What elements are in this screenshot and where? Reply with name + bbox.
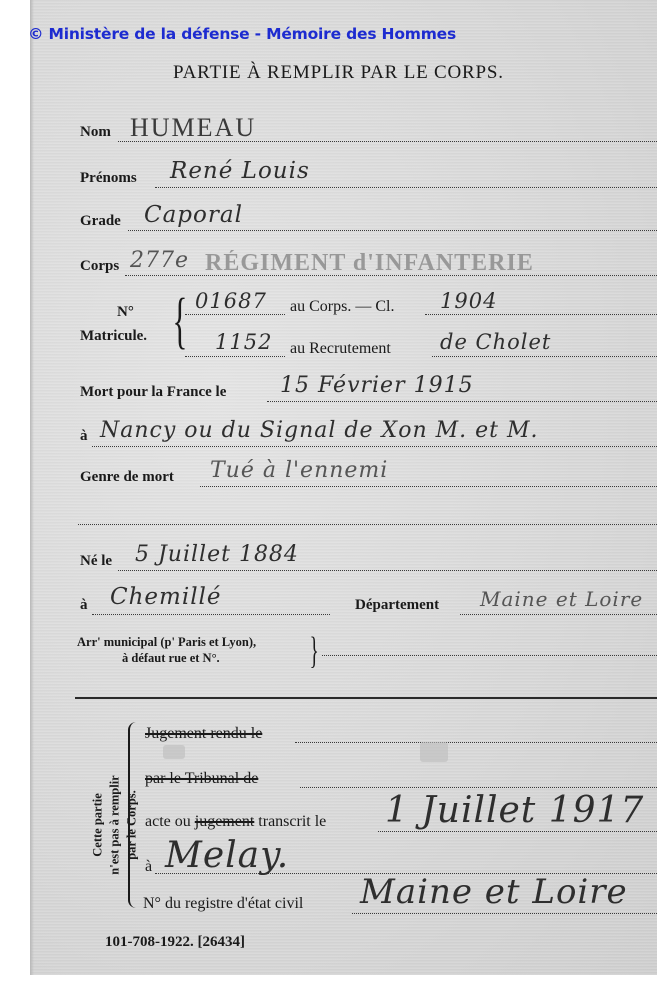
side-note-line2: n'est pas à remplir [107, 775, 124, 874]
genre-mort-label: Genre de mort [80, 469, 174, 486]
prenoms-value: René Louis [170, 158, 310, 184]
naissance-label: Né le [80, 553, 112, 570]
copyright-watermark: © Ministère de la défense - Mémoire des … [28, 25, 456, 43]
matricule-recrutement-suffix: au Recrutement [290, 340, 391, 358]
tribunal-line [300, 787, 657, 788]
transcrit-label-suffix: transcrit le [258, 813, 326, 830]
grade-line [128, 230, 657, 231]
naissance-value: 5 Juillet 1884 [135, 542, 299, 567]
classe-line [425, 314, 657, 315]
section-divider [75, 697, 657, 699]
recrutement-place-line [432, 356, 657, 357]
matricule-recrutement-line [185, 356, 285, 357]
lieu-transcription-value: Melay. [165, 835, 289, 876]
grade-value: Caporal [144, 202, 243, 228]
lieu-transcription-label: à [145, 858, 152, 876]
jugement-bracket [128, 722, 138, 908]
registre-label: N° du registre d'état civil [143, 895, 303, 913]
registre-line [352, 913, 657, 914]
grade-label: Grade [80, 213, 121, 230]
matricule-recrutement-value: 1152 [215, 330, 272, 354]
form-reference-code: 101-708-1922. [26434] [105, 934, 245, 951]
recrutement-place-value: de Cholet [440, 330, 551, 354]
tribunal-label: par le Tribunal de [145, 770, 258, 788]
jugement-rendu-line [295, 742, 657, 743]
form-title: PARTIE À REMPLIR PAR LE CORPS. [173, 62, 504, 84]
arrondissement-brace: } [310, 632, 319, 670]
lieu-mort-label: à [80, 428, 88, 445]
departement-value: Maine et Loire [480, 587, 643, 611]
matricule-label: Matricule. [80, 328, 147, 345]
arrondissement-label-line1: Arr' municipal (p' Paris et Lyon), [77, 635, 256, 650]
corps-label: Corps [80, 258, 119, 275]
naissance-line [118, 570, 657, 571]
transcrit-label-prefix: acte ou [145, 813, 191, 830]
corps-regiment-stamp: RÉGIMENT d'INFANTERIE [205, 250, 534, 277]
matricule-corps-line [185, 314, 285, 315]
matricule-corps-value: 01687 [195, 289, 267, 313]
transcrit-label: acte ou jugement transcrit le [145, 813, 326, 831]
lieu-naissance-value: Chemillé [110, 584, 222, 610]
transcrit-label-struck: jugement [195, 813, 255, 830]
mort-label: Mort pour la France le [80, 384, 226, 401]
arrondissement-label-line2: à défaut rue et N°. [122, 651, 220, 666]
blank-line [78, 524, 657, 525]
transcrit-line [378, 831, 657, 832]
matricule-corps-suffix: au Corps. — Cl. [290, 298, 394, 316]
prenoms-line [155, 187, 657, 188]
jugement-rendu-label: Jugement rendu le [145, 725, 262, 743]
departement-line [460, 614, 657, 615]
ink-blot [420, 742, 448, 762]
mort-value: 15 Février 1915 [280, 373, 474, 398]
lieu-mort-line [92, 446, 657, 447]
arrondissement-line [322, 655, 657, 656]
matricule-brace: { [172, 290, 187, 352]
nom-label: Nom [80, 124, 111, 141]
side-note-line1: Cette partie [90, 775, 107, 874]
nom-value: HUMEAU [130, 113, 256, 143]
departement-label: Département [355, 597, 439, 614]
prenoms-label: Prénoms [80, 170, 137, 187]
genre-mort-value: Tué à l'ennemi [210, 458, 388, 483]
matricule-no-label: N° [117, 304, 134, 321]
mort-line [267, 401, 657, 402]
lieu-naissance-label: à [80, 597, 88, 614]
transcrit-value: 1 Juillet 1917 [385, 790, 644, 831]
classe-value: 1904 [440, 289, 497, 313]
ink-blot [163, 745, 185, 759]
lieu-mort-value: Nancy ou du Signal de Xon M. et M. [100, 418, 539, 443]
corps-number-value: 277e [130, 248, 189, 273]
registre-value: Maine et Loire [360, 872, 628, 912]
lieu-naissance-line [92, 614, 330, 615]
genre-mort-line [200, 486, 657, 487]
